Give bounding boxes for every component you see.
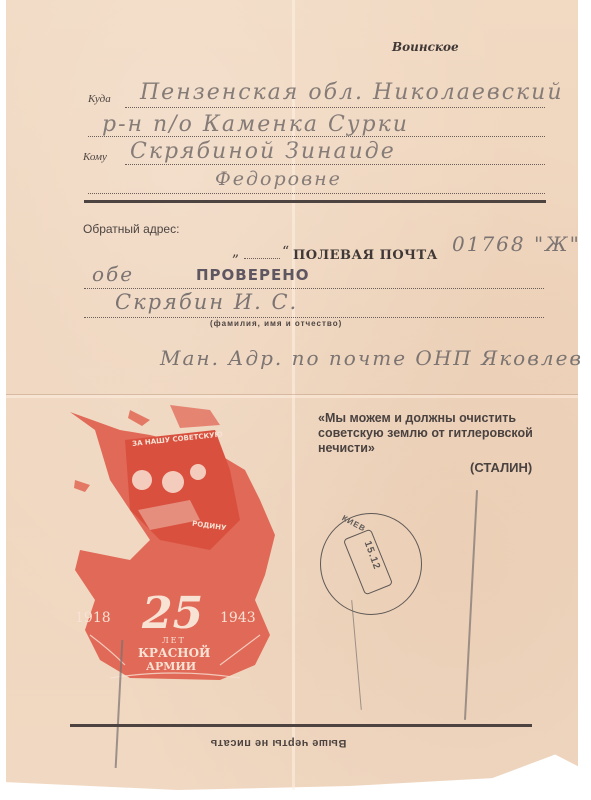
postmark-city: КИЕВ bbox=[340, 513, 367, 533]
svg-text:КРАСНОЙ: КРАСНОЙ bbox=[138, 644, 210, 660]
recipient-label: Кому bbox=[83, 151, 107, 163]
to-address-line-2: р-н п/о Каменка Сурки bbox=[102, 112, 409, 137]
return-line-2 bbox=[84, 317, 544, 318]
return-address-label: Обратный адрес: bbox=[83, 222, 179, 236]
svg-text:АРМИИ: АРМИИ bbox=[146, 660, 196, 673]
to-label: Куда bbox=[88, 93, 111, 105]
to-address-line-1: Пензенская обл. Николаевский bbox=[140, 80, 564, 105]
recipient-name-line-2: Федоровне bbox=[215, 168, 342, 190]
recipient-line-1 bbox=[125, 164, 545, 165]
field-post-number: 01768 "Ж" bbox=[452, 232, 581, 256]
address-divider bbox=[84, 200, 546, 203]
return-line-1-text: обе bbox=[92, 262, 134, 286]
svg-text:1943: 1943 bbox=[220, 610, 256, 626]
name-caption: (фамилия, имя и отчество) bbox=[210, 319, 342, 328]
svg-text:25: 25 bbox=[141, 588, 203, 639]
letter-type-title: Воинское bbox=[392, 40, 459, 54]
sender-name: Скрябин И. С. bbox=[115, 290, 298, 314]
svg-text:1918: 1918 bbox=[75, 610, 111, 626]
do-not-write-above-line bbox=[70, 724, 532, 727]
unit-letter-line bbox=[244, 258, 280, 259]
sender-note: Ман. Адр. по почте ОНП Яковлев bbox=[160, 346, 583, 370]
red-army-anniversary-illustration: ЗА НАШУ СОВЕТСКУЮ РОДИНУ 1918 25 1943 ЛЕ… bbox=[70, 400, 280, 690]
field-post-label: ПОЛЕВАЯ ПОЧТА bbox=[293, 248, 438, 263]
open-quote: „ bbox=[232, 244, 239, 260]
close-quote: “ bbox=[282, 244, 289, 260]
do-not-write-above-note: Выше черты не писать bbox=[210, 737, 346, 749]
recipient-name-line-1: Скрябиной Зинаиде bbox=[130, 139, 396, 164]
quote-author: (СТАЛИН) bbox=[470, 460, 532, 475]
postmark-stamp: 15.12 КИЕВ bbox=[320, 513, 422, 615]
stalin-quote: «Мы можем и должны очистить советскую зе… bbox=[318, 411, 580, 456]
recipient-line-2 bbox=[88, 193, 545, 194]
fold-crease-horizontal bbox=[6, 395, 578, 398]
return-line-1 bbox=[84, 288, 544, 289]
to-line-1 bbox=[125, 107, 545, 108]
svg-text:ЛЕТ: ЛЕТ bbox=[162, 636, 186, 645]
censor-stamp: ПРОВЕРЕНО bbox=[196, 266, 310, 284]
